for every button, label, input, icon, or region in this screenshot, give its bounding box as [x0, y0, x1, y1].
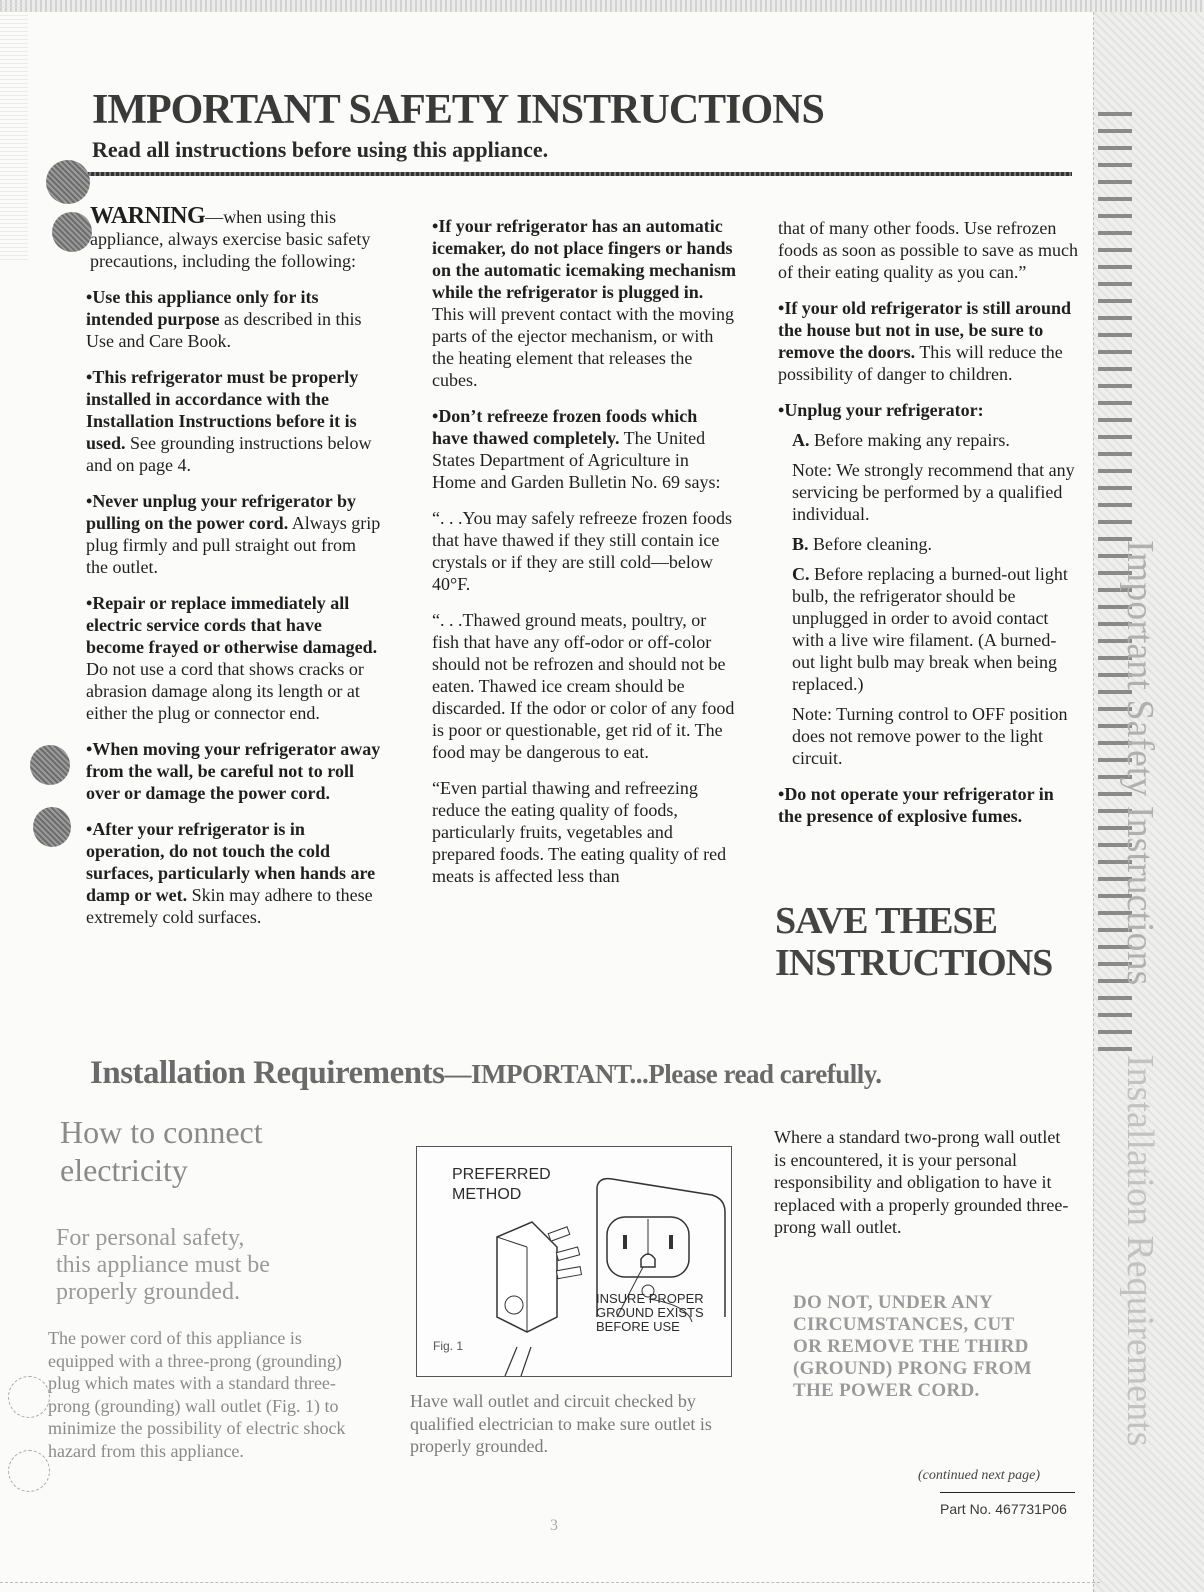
- how-to-connect-heading: How to connect electricity: [60, 1113, 263, 1189]
- safety-item: This refrigerator must be properly insta…: [86, 366, 381, 476]
- safety-item: Use this appliance only for its intended…: [86, 286, 381, 352]
- binder-hole-icon: [8, 1376, 50, 1418]
- page-subtitle: Read all instructions before using this …: [92, 137, 548, 163]
- manual-page: Important Safety Instructions Installati…: [0, 0, 1204, 1592]
- grounding-subheading: For personal safety, this appliance must…: [56, 1225, 270, 1306]
- figure-caption: Have wall outlet and circuit checked by …: [410, 1390, 740, 1458]
- unplug-item: B. Before cleaning.: [778, 533, 1078, 555]
- unplug-item: C. Before replacing a burned-out light b…: [778, 563, 1078, 695]
- warning-paragraph: WARNING—when using this appliance, alway…: [90, 205, 381, 272]
- installation-heading: Installation Requirements—IMPORTANT...Pl…: [90, 1055, 882, 1092]
- safety-item: After your refrigerator is in operation,…: [86, 818, 381, 928]
- safety-column-2: If your refrigerator has an automatic ic…: [432, 215, 737, 901]
- footer-rule: [940, 1492, 1075, 1493]
- safety-item-fumes: Do not operate your refrigerator in the …: [778, 783, 1078, 827]
- two-prong-paragraph: Where a standard two-prong wall outlet i…: [774, 1126, 1074, 1239]
- scan-left-edge: [0, 0, 28, 260]
- binder-hole-icon: [33, 807, 71, 847]
- figure-number: Fig. 1: [433, 1339, 463, 1353]
- usda-quote: “. . .Thawed ground meats, poultry, or f…: [432, 609, 737, 763]
- scan-top-band: [0, 0, 1204, 12]
- binder-hole-icon: [30, 745, 70, 785]
- safety-item: Never unplug your refrigerator by pullin…: [86, 490, 381, 578]
- scan-bottom-edge: [0, 1582, 1100, 1584]
- page-title: IMPORTANT SAFETY INSTRUCTIONS: [92, 86, 824, 134]
- unplug-note: Note: We strongly recommend that any ser…: [778, 459, 1078, 525]
- insure-ground-label: INSURE PROPER GROUND EXISTS BEFORE USE: [596, 1292, 704, 1334]
- page-number: 3: [550, 1517, 558, 1535]
- safety-column-3: that of many other foods. Use refrozen f…: [778, 217, 1078, 841]
- safety-item: If your refrigerator has an automatic ic…: [432, 215, 737, 391]
- save-instructions-heading: SAVE THESE INSTRUCTIONS: [775, 900, 1052, 984]
- title-rule: [86, 172, 1072, 176]
- side-tab-safety: Important Safety Instructions: [1118, 540, 1162, 985]
- unplug-item: A. Before making any repairs.: [778, 429, 1078, 451]
- continued-note: (continued next page): [918, 1468, 1040, 1484]
- binder-hole-icon: [8, 1450, 50, 1492]
- grounding-body: The power cord of this appliance is equi…: [48, 1327, 368, 1462]
- safety-item: If your old refrigerator is still around…: [778, 297, 1078, 385]
- do-not-cut-warning: DO NOT, UNDER ANY CIRCUMSTANCES, CUT OR …: [793, 1292, 1032, 1402]
- safety-item: Repair or replace immediately all electr…: [86, 592, 381, 724]
- safety-column-1: WARNING—when using this appliance, alway…: [86, 205, 381, 942]
- quote-continuation: that of many other foods. Use refrozen f…: [778, 217, 1078, 283]
- safety-item: Don’t refreeze frozen foods which have t…: [432, 405, 737, 493]
- unplug-note: Note: Turning control to OFF position do…: [778, 703, 1078, 769]
- side-tab-installation: Installation Requirements: [1118, 1055, 1162, 1447]
- part-number: Part No. 467731P06: [940, 1501, 1067, 1517]
- usda-quote: “. . .You may safely refreeze frozen foo…: [432, 507, 737, 595]
- safety-item: When moving your refrigerator away from …: [86, 738, 381, 804]
- binder-hole-icon: [46, 160, 90, 204]
- preferred-method-label: PREFERRED METHOD: [452, 1165, 551, 1205]
- usda-quote: “Even partial thawing and refreezing red…: [432, 777, 737, 887]
- unplug-heading: Unplug your refrigerator:: [778, 399, 1078, 421]
- figure-1: PREFERRED METHOD INSURE PROPER GROUND EX…: [416, 1146, 732, 1377]
- warning-heading: WARNING: [90, 203, 205, 229]
